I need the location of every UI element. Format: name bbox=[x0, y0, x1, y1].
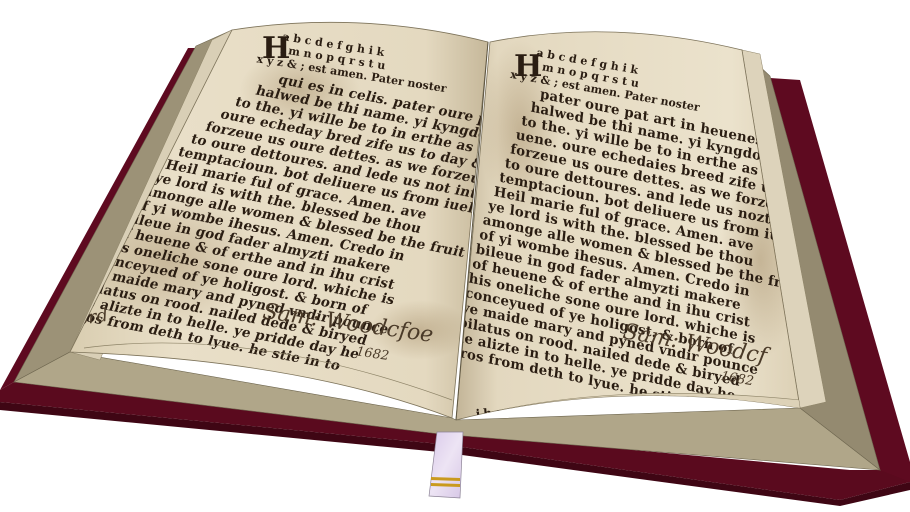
open-book-scene: H a b c d e f g h i k l m n o p q r s t … bbox=[0, 0, 910, 512]
